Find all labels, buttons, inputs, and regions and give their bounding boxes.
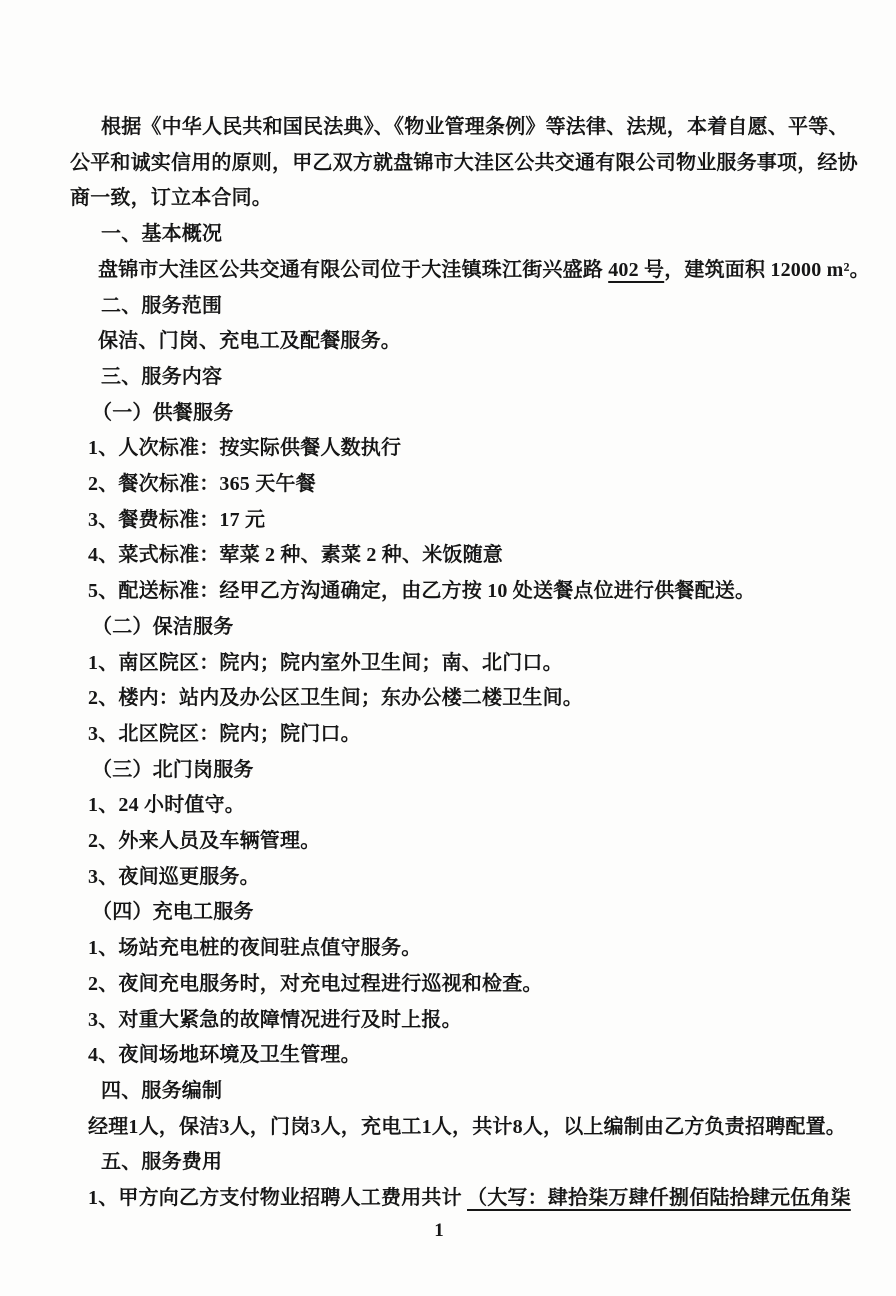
list-item: 2、夜间充电服务时，对充电过程进行巡视和检查。 (70, 967, 860, 1003)
preamble-line: 根据《中华人民共和国民法典》、《物业管理条例》等法律、法规，本着自愿、平等、 (70, 110, 860, 146)
text-run: 1、南区院区：院内；院内室外卫生间；南、北门口。 (88, 652, 563, 674)
paragraph-line: 经理1人，保洁3人，门岗3人，充电工1人，共计8人，以上编制由乙方负责招聘配置。 (70, 1110, 860, 1146)
section-heading-service-content: 三、服务内容 (70, 360, 860, 396)
text-run: （三）北门岗服务 (92, 759, 254, 781)
text-run: 3、北区院区：院内；院门口。 (88, 723, 361, 745)
subsection-heading-cleaning-service: （二）保洁服务 (70, 610, 860, 646)
section-heading-service-fee: 五、服务费用 (70, 1145, 860, 1181)
text-run: 商一致，订立本合同。 (70, 187, 272, 209)
list-item: 3、餐费标准：17 元 (70, 503, 860, 539)
list-item: 4、菜式标准：荤菜 2 种、素菜 2 种、米饭随意 (70, 538, 860, 574)
underlined-text: 402 号 (608, 259, 664, 281)
list-item: 1、场站充电桩的夜间驻点值守服务。 (70, 931, 860, 967)
text-run: 3、餐费标准：17 元 (88, 509, 265, 531)
text-run: 四、服务编制 (101, 1080, 222, 1102)
text-run: 4、夜间场地环境及卫生管理。 (88, 1044, 361, 1066)
text-run: 2、餐次标准：365 天午餐 (88, 473, 316, 495)
page-number: 1 (0, 1220, 878, 1242)
text-run: ，建筑面积 12000 m²。 (664, 259, 870, 281)
text-run: 根据《中华人民共和国民法典》、《物业管理条例》等法律、法规，本着自愿、平等、 (101, 116, 849, 138)
scanned-contract-page: 根据《中华人民共和国民法典》、《物业管理条例》等法律、法规，本着自愿、平等、公平… (0, 0, 896, 1296)
section-heading-basic-overview: 一、基本概况 (70, 217, 860, 253)
list-item: 1、甲方向乙方支付物业招聘人工费用共计 （大写：肆拾柒万肆仟捌佰陆拾肆元伍角柒 (70, 1181, 860, 1217)
text-run: （二）保洁服务 (92, 616, 233, 638)
text-run: 1、甲方向乙方支付物业招聘人工费用共计 (88, 1187, 467, 1209)
text-run: （一）供餐服务 (92, 402, 233, 424)
list-item: 1、南区院区：院内；院内室外卫生间；南、北门口。 (70, 646, 860, 682)
section-heading-service-scope: 二、服务范围 (70, 289, 860, 325)
text-run: 3、夜间巡更服务。 (88, 866, 260, 888)
underlined-text: （大写：肆拾柒万肆仟捌佰陆拾肆元伍角柒 (467, 1187, 851, 1209)
list-item: 4、夜间场地环境及卫生管理。 (70, 1038, 860, 1074)
list-item: 1、人次标准：按实际供餐人数执行 (70, 431, 860, 467)
subsection-heading-charger-service: （四）充电工服务 (70, 895, 860, 931)
text-run: 保洁、门岗、充电工及配餐服务。 (98, 330, 401, 352)
text-run: 2、楼内：站内及办公区卫生间；东办公楼二楼卫生间。 (88, 687, 583, 709)
document-body: 根据《中华人民共和国民法典》、《物业管理条例》等法律、法规，本着自愿、平等、公平… (70, 110, 860, 1217)
list-item: 3、北区院区：院内；院门口。 (70, 717, 860, 753)
list-item: 1、24 小时值守。 (70, 788, 860, 824)
paragraph-line: 保洁、门岗、充电工及配餐服务。 (70, 324, 860, 360)
text-run: 1、人次标准：按实际供餐人数执行 (88, 437, 401, 459)
text-run: 公平和诚实信用的原则，甲乙双方就盘锦市大洼区公共交通有限公司物业服务事项，经协 (70, 152, 858, 174)
paragraph-line: 盘锦市大洼区公共交通有限公司位于大洼镇珠江街兴盛路 402 号，建筑面积 120… (70, 253, 860, 289)
subsection-heading-north-gate-service: （三）北门岗服务 (70, 753, 860, 789)
section-heading-service-staffing: 四、服务编制 (70, 1074, 860, 1110)
list-item: 3、夜间巡更服务。 (70, 860, 860, 896)
text-run: 3、对重大紧急的故障情况进行及时上报。 (88, 1009, 462, 1031)
text-run: 2、夜间充电服务时，对充电过程进行巡视和检查。 (88, 973, 543, 995)
text-run: （四）充电工服务 (92, 901, 254, 923)
list-item: 2、外来人员及车辆管理。 (70, 824, 860, 860)
list-item: 2、楼内：站内及办公区卫生间；东办公楼二楼卫生间。 (70, 681, 860, 717)
list-item: 5、配送标准：经甲乙方沟通确定，由乙方按 10 处送餐点位进行供餐配送。 (70, 574, 860, 610)
text-run: 4、菜式标准：荤菜 2 种、素菜 2 种、米饭随意 (88, 544, 503, 566)
text-run: 盘锦市大洼区公共交通有限公司位于大洼镇珠江街兴盛路 (98, 259, 608, 281)
text-run: 2、外来人员及车辆管理。 (88, 830, 320, 852)
text-run: 经理1人，保洁3人，门岗3人，充电工1人，共计8人，以上编制由乙方负责招聘配置。 (88, 1116, 846, 1138)
text-run: 三、服务内容 (101, 366, 222, 388)
list-item: 2、餐次标准：365 天午餐 (70, 467, 860, 503)
list-item: 3、对重大紧急的故障情况进行及时上报。 (70, 1003, 860, 1039)
text-run: 五、服务费用 (101, 1151, 222, 1173)
text-run: 1、场站充电桩的夜间驻点值守服务。 (88, 937, 421, 959)
text-run: 5、配送标准：经甲乙方沟通确定，由乙方按 10 处送餐点位进行供餐配送。 (88, 580, 755, 602)
subsection-heading-meal-service: （一）供餐服务 (70, 396, 860, 432)
text-run: 1、24 小时值守。 (88, 794, 245, 816)
text-run: 二、服务范围 (101, 295, 222, 317)
preamble-line: 商一致，订立本合同。 (70, 181, 860, 217)
preamble-line: 公平和诚实信用的原则，甲乙双方就盘锦市大洼区公共交通有限公司物业服务事项，经协 (70, 146, 860, 182)
text-run: 一、基本概况 (101, 223, 222, 245)
